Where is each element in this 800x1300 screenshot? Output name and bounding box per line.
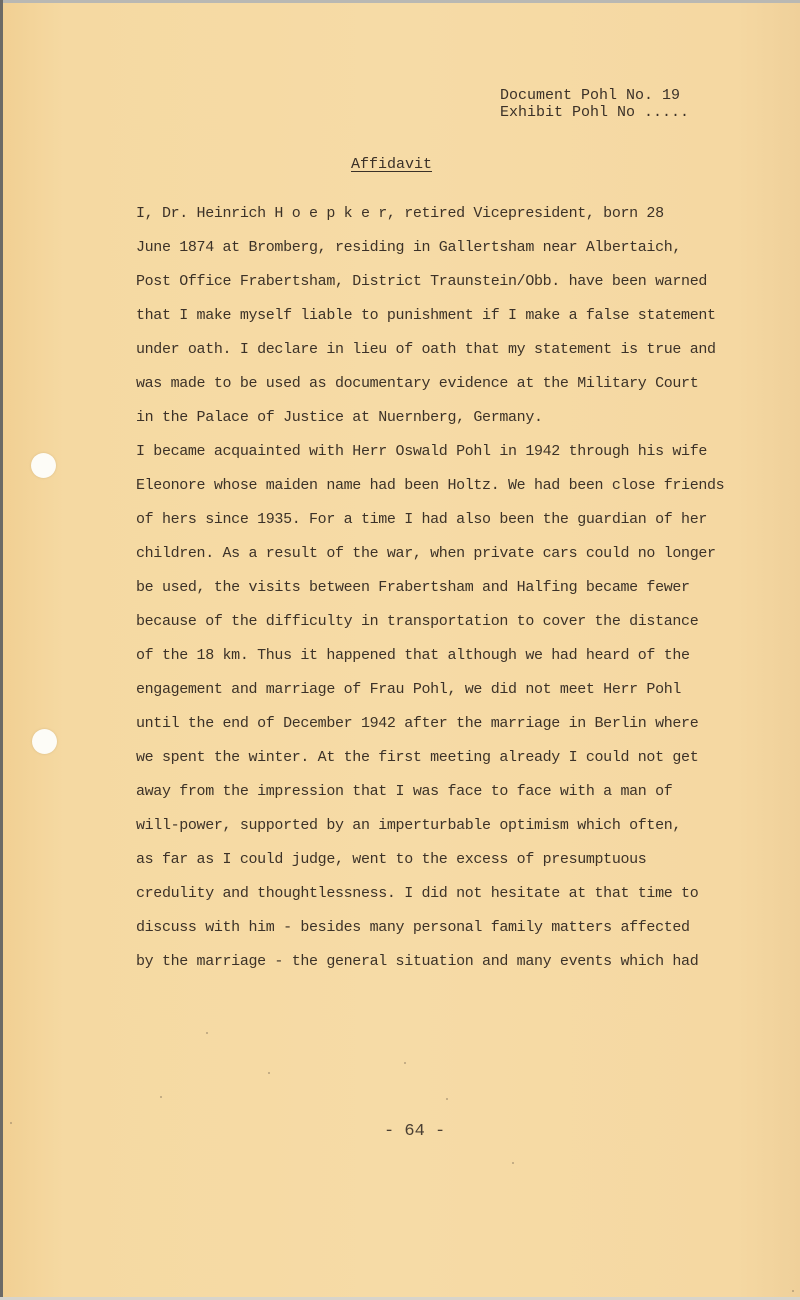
paper-speck	[404, 1062, 406, 1064]
document-reference: Document Pohl No. 19 Exhibit Pohl No ...…	[500, 87, 689, 121]
text-line: I, Dr. Heinrich H o e p k e r, retired V…	[136, 203, 736, 237]
paper-speck	[206, 1032, 208, 1034]
text-line: Post Office Frabertsham, District Trauns…	[136, 271, 736, 305]
text-line: credulity and thoughtlessness. I did not…	[136, 883, 736, 917]
paper-speck	[10, 1122, 12, 1124]
text-line: I became acquainted with Herr Oswald Poh…	[136, 441, 736, 475]
document-title: Affidavit	[351, 156, 432, 173]
paper-speck	[792, 1290, 794, 1292]
text-line: was made to be used as documentary evide…	[136, 373, 736, 407]
page-left-edge	[0, 0, 3, 1300]
paper-speck	[512, 1162, 514, 1164]
text-line: of hers since 1935. For a time I had als…	[136, 509, 736, 543]
paper-speck	[160, 1096, 162, 1098]
affidavit-body: I, Dr. Heinrich H o e p k e r, retired V…	[136, 203, 736, 985]
document-page: Document Pohl No. 19 Exhibit Pohl No ...…	[0, 0, 800, 1300]
text-line: as far as I could judge, went to the exc…	[136, 849, 736, 883]
text-line: under oath. I declare in lieu of oath th…	[136, 339, 736, 373]
text-line: by the marriage - the general situation …	[136, 951, 736, 985]
text-line: Eleonore whose maiden name had been Holt…	[136, 475, 736, 509]
punch-hole-icon	[32, 729, 57, 754]
text-line: engagement and marriage of Frau Pohl, we…	[136, 679, 736, 713]
text-line: will-power, supported by an imperturbabl…	[136, 815, 736, 849]
exhibit-number: Exhibit Pohl No .....	[500, 104, 689, 121]
text-line: we spent the winter. At the first meetin…	[136, 747, 736, 781]
page-number: - 64 -	[384, 1122, 445, 1141]
text-line: until the end of December 1942 after the…	[136, 713, 736, 747]
document-number: Document Pohl No. 19	[500, 87, 689, 104]
paper-speck	[268, 1072, 270, 1074]
text-line: discuss with him - besides many personal…	[136, 917, 736, 951]
text-line: children. As a result of the war, when p…	[136, 543, 736, 577]
text-line: June 1874 at Bromberg, residing in Galle…	[136, 237, 736, 271]
punch-hole-icon	[31, 453, 56, 478]
text-line: away from the impression that I was face…	[136, 781, 736, 815]
text-line: that I make myself liable to punishment …	[136, 305, 736, 339]
text-line: be used, the visits between Frabertsham …	[136, 577, 736, 611]
text-line: because of the difficulty in transportat…	[136, 611, 736, 645]
text-line: of the 18 km. Thus it happened that alth…	[136, 645, 736, 679]
page-top-edge	[0, 0, 800, 3]
paper-speck	[446, 1098, 448, 1100]
text-line: in the Palace of Justice at Nuernberg, G…	[136, 407, 736, 441]
